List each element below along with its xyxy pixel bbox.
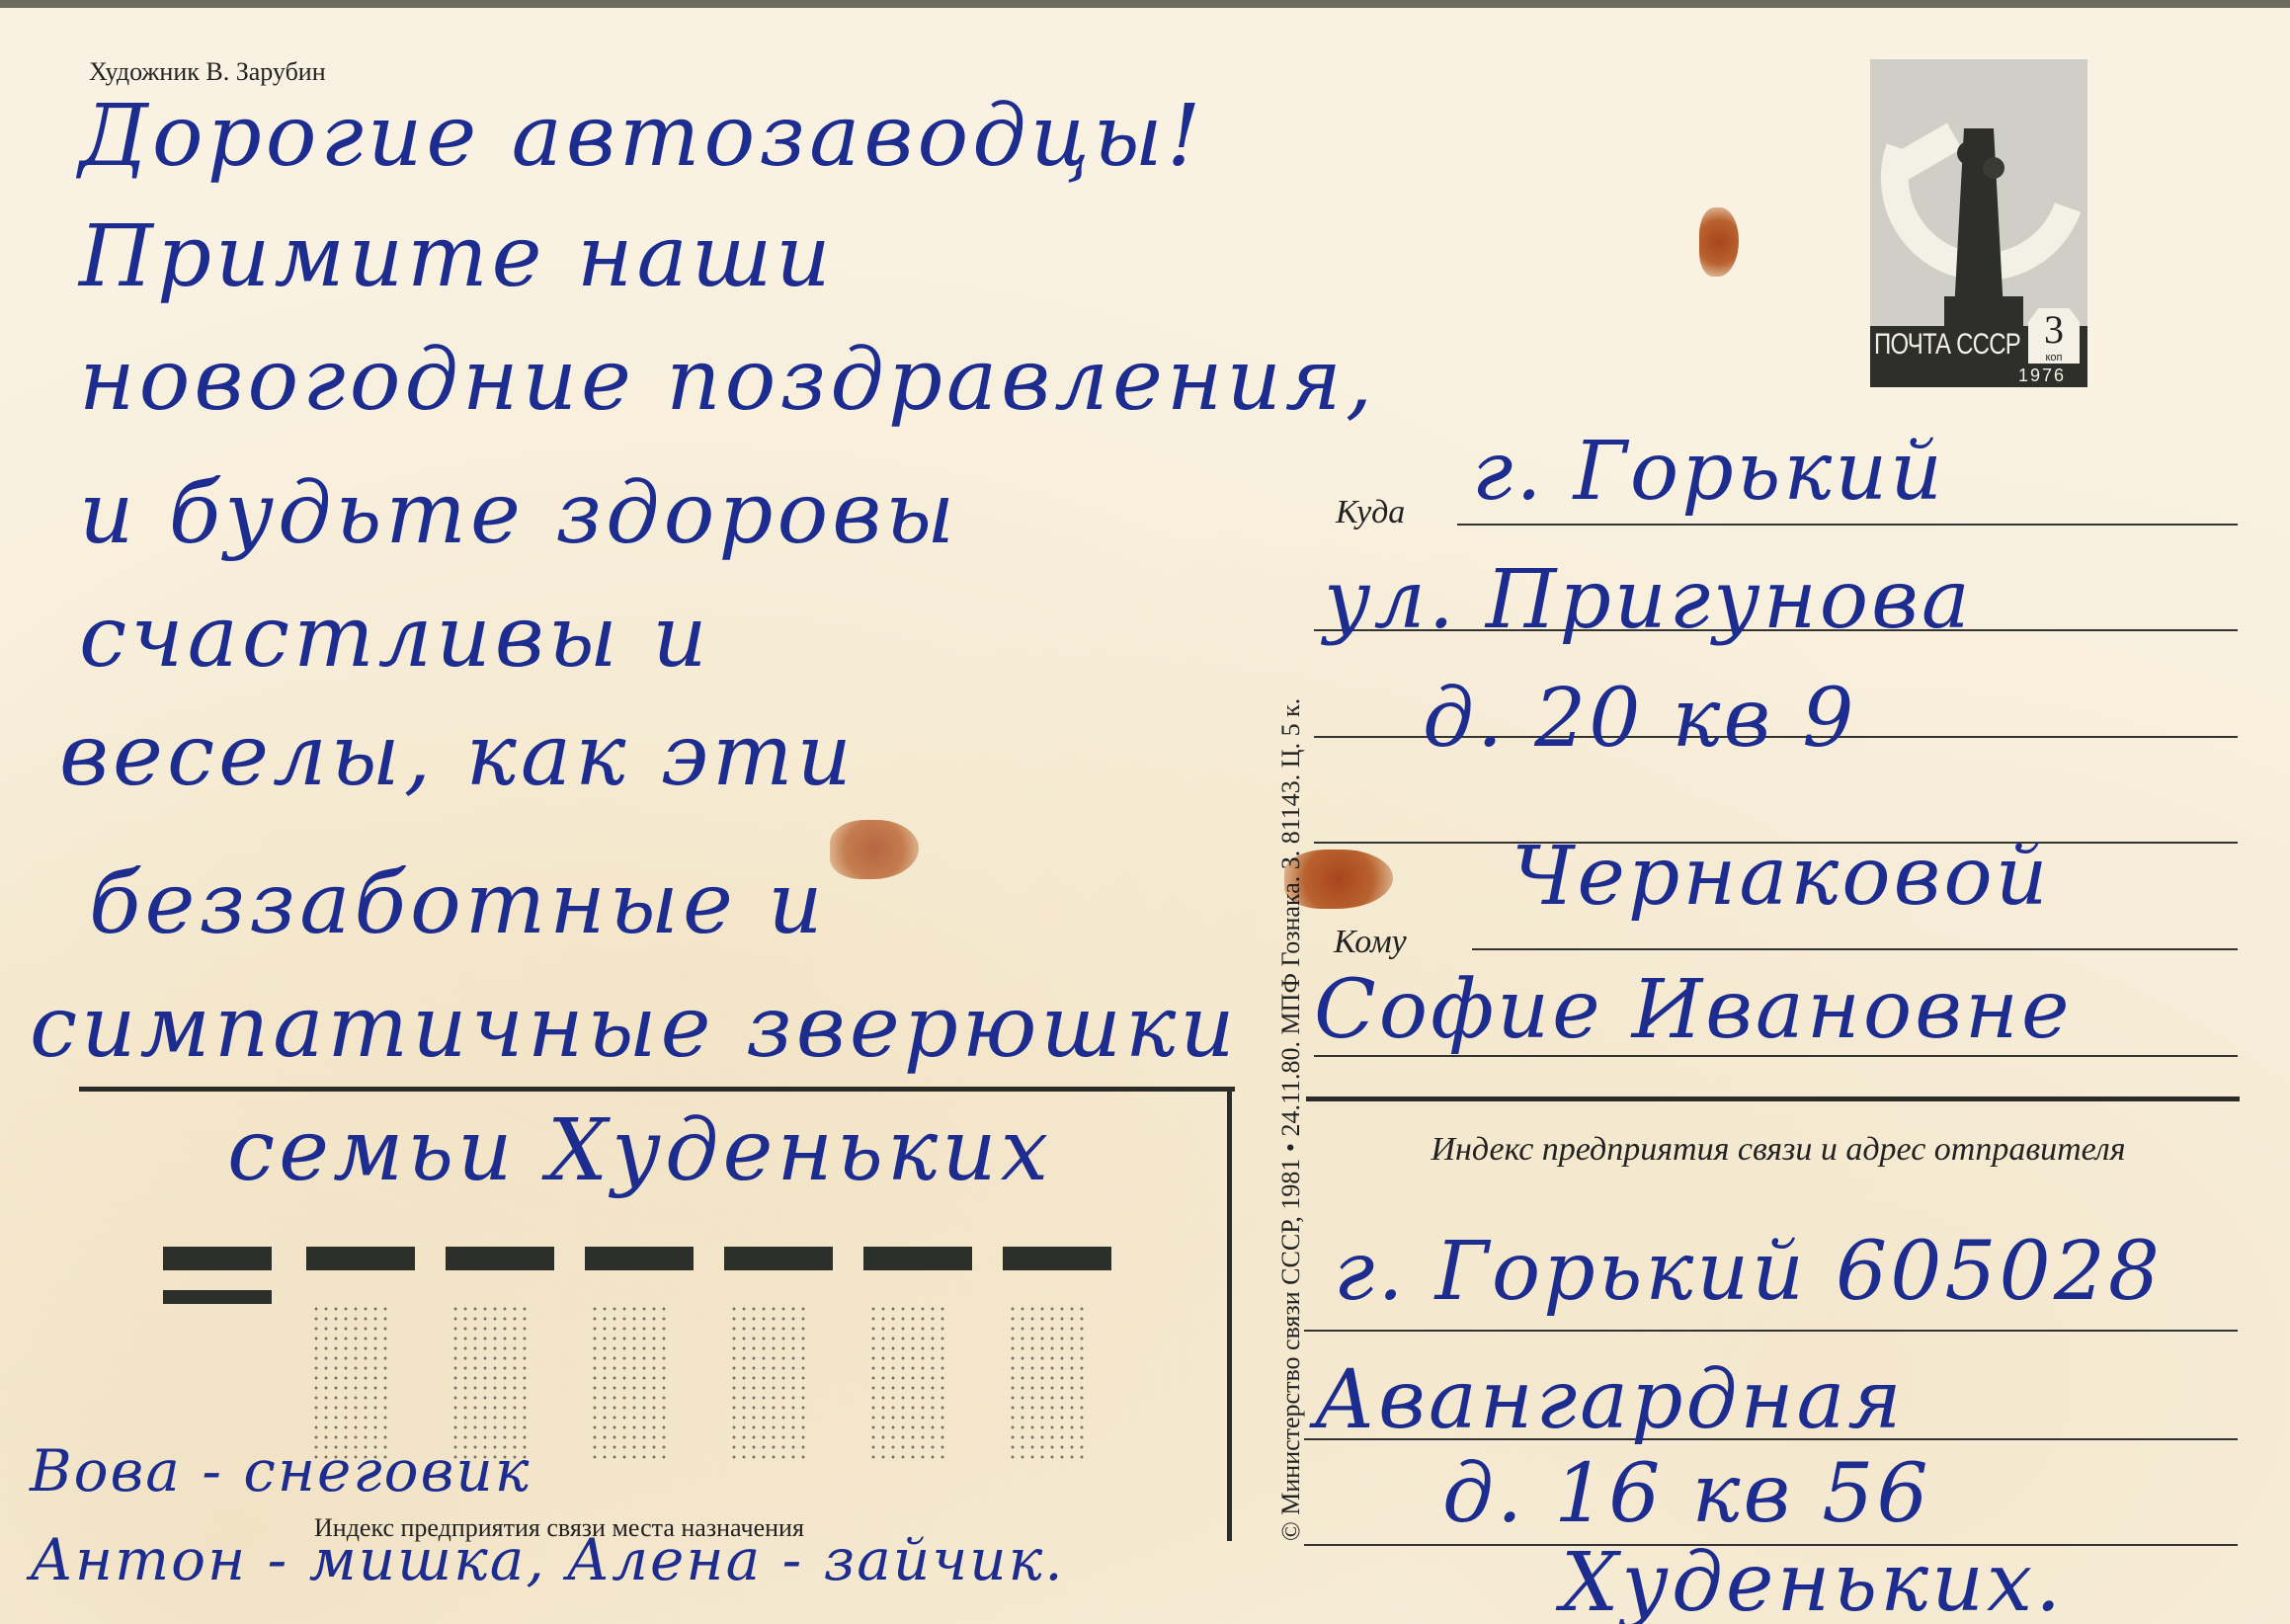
message-line: новогодние поздравления, — [79, 331, 1376, 430]
sender-address-line[interactable] — [1304, 1330, 2238, 1332]
stamp-label: ПОЧТА СССР — [1874, 328, 2020, 362]
recipient-house: д. 20 кв 9 — [1423, 672, 1856, 766]
postcode-bar — [163, 1290, 272, 1304]
message-line: и будьте здоровы — [79, 464, 958, 563]
postcode-digit-box[interactable] — [590, 1304, 669, 1462]
sender-name: Худеньких. — [1561, 1536, 2064, 1624]
rust-stain — [830, 820, 919, 879]
postcard-back: Художник В. Зарубин ПОЧТА СССР 3 коп 197… — [0, 0, 2290, 1624]
rust-stain — [1699, 207, 1739, 277]
message-line: симпатичные зверюшки — [30, 978, 1239, 1077]
worker-kolkhoz-woman-icon — [1870, 59, 2087, 331]
postcode-bar — [163, 1247, 272, 1270]
postcode-bar — [724, 1247, 833, 1270]
stamp-year: 1976 — [2018, 365, 2066, 386]
message-line: Дорогие автозаводцы! — [79, 87, 1204, 186]
postcode-bar — [863, 1247, 972, 1270]
message-line: беззаботные и — [89, 854, 827, 953]
postcode-bar — [585, 1247, 694, 1270]
postcode-bar — [306, 1247, 415, 1270]
recipient-street: ул. Пригунова — [1324, 553, 1973, 647]
message-line: Примите наши — [79, 207, 835, 306]
to-where-label: Куда — [1336, 494, 1405, 531]
sender-street: Авангардная — [1314, 1353, 1905, 1447]
postage-stamp: ПОЧТА СССР 3 коп 1976 — [1870, 59, 2087, 385]
address-line[interactable] — [1457, 524, 2238, 526]
postcode-digit-box[interactable] — [1008, 1304, 1087, 1462]
to-whom-label: Кому — [1334, 924, 1407, 961]
sender-city-index: г. Горький 605028 — [1334, 1225, 2163, 1319]
postcode-bar — [446, 1247, 554, 1270]
address-line[interactable] — [1472, 948, 2238, 950]
postcode-bar — [1003, 1247, 1111, 1270]
message-line: счастливы и — [79, 588, 711, 687]
divider-line — [1227, 1087, 1232, 1541]
sender-caption: Индекс предприятия связи и адрес отправи… — [1334, 1126, 2223, 1174]
stamp-unit: коп — [2030, 352, 2078, 364]
publisher-imprint: © Министерство связи СССР, 1981 • 24.11.… — [1276, 698, 1306, 1541]
recipient-name: Чернаковой — [1512, 830, 2051, 924]
postcode-digit-box[interactable] — [729, 1304, 808, 1462]
divider-line — [1306, 1096, 2240, 1101]
artist-credit: Художник В. Зарубин — [89, 57, 326, 87]
sender-house: д. 16 кв 56 — [1442, 1447, 1931, 1541]
recipient-city: г. Горький — [1472, 425, 1945, 519]
postscript-line: Антон - мишка, Алена - зайчик. — [30, 1526, 1065, 1593]
postcode-digit-box[interactable] — [868, 1304, 947, 1462]
message-line: веселы, как эти — [59, 706, 856, 805]
message-line: семьи Худеньких — [227, 1101, 1052, 1200]
card-edge — [0, 0, 2290, 8]
recipient-name: Софие Ивановне — [1314, 963, 2072, 1057]
divider-line — [79, 1087, 1235, 1092]
postscript-line: Вова - снеговик — [30, 1437, 531, 1504]
